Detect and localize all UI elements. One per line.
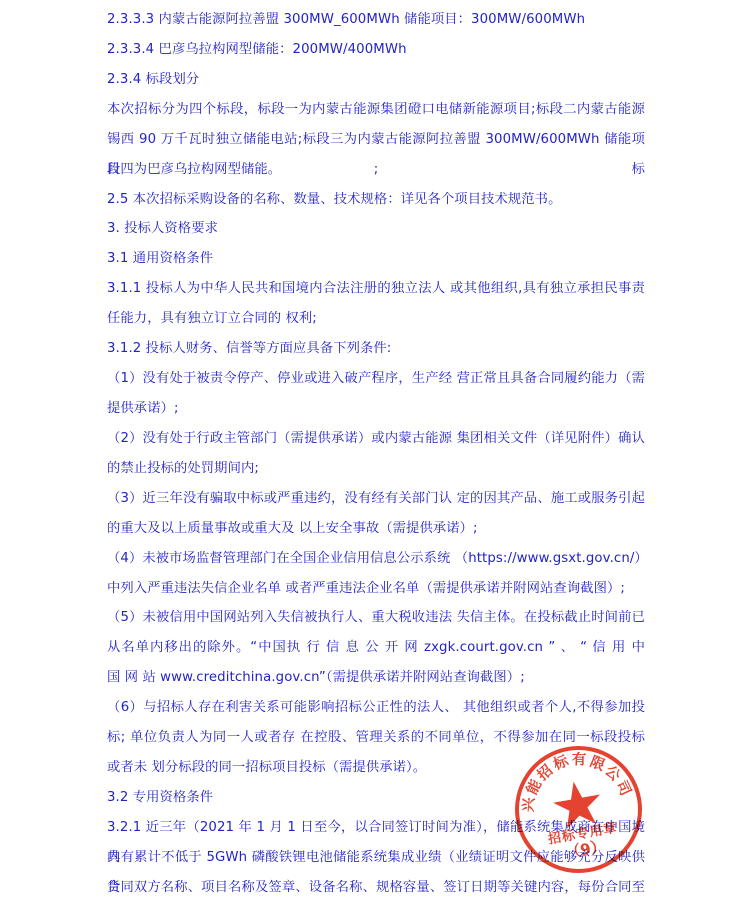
document-line: （5）未被信用中国网站列入失信被执行人、重大税收违法 失信主体。在投标截止时间前… [107,603,645,633]
document-line: （6）与招标人存在利害关系可能影响招标公正性的法人、 其他组织或者个人,不得参加… [107,693,645,723]
document-line: 的禁止投标的处罚期间内; [107,454,645,484]
document-line: 锡西 90 万千瓦时独立储能电站;标段三为内蒙古能源阿拉善盟 300MW/600… [107,125,645,155]
document-line: （1）没有处于被责令停产、停业或进入破产程序，生产经 营正常且具备合同履约能力（… [107,364,645,394]
document-line: 国 网 站 www.creditchina.gov.cn”（需提供承诺并附网站查… [107,663,645,693]
document-line: 中列入严重违法失信企业名单 或者严重违法企业名单（需提供承诺并附网站查询截图）; [107,574,645,604]
document-line: 3.1.1 投标人为中华人民共和国境内合法注册的独立法人 或其他组织,具有独立承… [107,274,645,304]
document-line: 的重大及以上质量事故或重大及 以上安全事故（需提供承诺）; [107,514,645,544]
document-line: （4）未被市场监督管理部门在全国企业信用信息公示系统 （https://www.… [107,544,645,574]
document-text: 2.3.3.3 内蒙古能源阿拉善盟 300MW_600MWh 储能项目：300M… [107,5,645,903]
document-line: 2.3.3.4 巴彦乌拉构网型储能：200MW/400MWh [107,35,645,65]
document-line: 3.2.1 近三年（2021 年 1 月 1 日至今，以合同签订时间为准），储能… [107,813,645,843]
document-line: 3.1 通用资格条件 [107,244,645,274]
document-line: 具有累计不低于 5GWh 磷酸铁锂电池储能系统集成业绩（业绩证明文件应能够充分反… [107,843,645,873]
document-line: （3）近三年没有骗取中标或严重违约，没有经有关部门认 定的因其产品、施工或服务引… [107,484,645,514]
document-line: 2.5 本次招标采购设备的名称、数量、技术规格：详见各个项目技术规范书。 [107,185,645,215]
document-line: 2.3.4 标段划分 [107,65,645,95]
document-line: 2.3.3.3 内蒙古能源阿拉善盟 300MW_600MWh 储能项目：300M… [107,5,645,35]
document-line: 3.1.2 投标人财务、信誉等方面应具备下列条件: [107,334,645,364]
document-line: （2）没有处于行政主管部门（需提供承诺）或内蒙古能源 集团相关文件（详见附件）确… [107,424,645,454]
document-line: 3.2 专用资格条件 [107,783,645,813]
document-line: 从名单内移出的除外。“中国执 行 信 息 公 开 网 zxgk.court.go… [107,633,645,663]
document-line: 任能力，具有独立订立合同的 权利; [107,304,645,334]
document-line: 合同双方名称、项目名称及签章、设备名称、规格容量、签订日期等关键内容，每份合同至 [107,873,645,903]
document-line: 3. 投标人资格要求 [107,214,645,244]
document-line: 标; 单位负责人为同一人或者存 在控股、管理关系的不同单位，不得参加在同一标段投… [107,723,645,753]
document-line: 本次招标分为四个标段，标段一为内蒙古能源集团磴口电储新能源项目;标段二内蒙古能源 [107,95,645,125]
document-line: 提供承诺）; [107,394,645,424]
document-line: 或者未 划分标段的同一招标项目投标（需提供承诺）。 [107,753,645,783]
document-page: 2.3.3.3 内蒙古能源阿拉善盟 300MW_600MWh 储能项目：300M… [0,0,751,911]
